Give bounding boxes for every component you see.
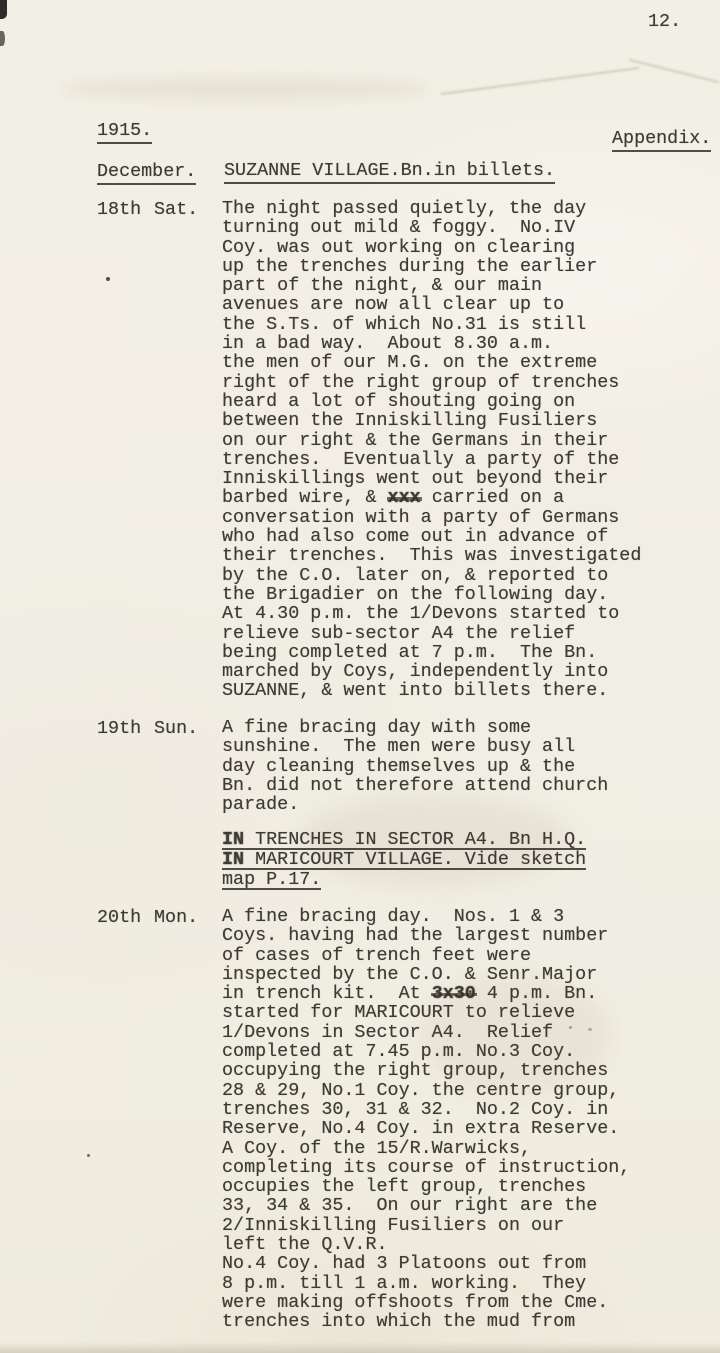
paper-smudge [60,78,430,100]
entry-text: The night passed quietly, the dayturning… [222,199,720,701]
paper-crease [441,67,640,95]
war-diary-page: 12. 1915. Appendix. December. SUZANNE VI… [0,0,720,1353]
entry-day: Mon. [154,907,198,928]
scan-bottom-shadow [0,1342,720,1353]
month-heading: December. [97,161,196,185]
page-number: 12. [648,11,681,32]
entry-day: Sat. [154,199,198,220]
diary-entry-18th: 18th Sat. The night passed quietly, the … [0,199,720,701]
scan-edge-mark [0,31,5,46]
entry-date: 18th [97,199,141,220]
entry-date: 19th [97,718,141,739]
entry-day: Sun. [154,718,198,739]
paper-crease [629,59,719,83]
diary-entry-19th: 19th Sun. A fine bracing day with somesu… [0,718,720,814]
appendix-label: Appendix. [612,128,711,152]
sector-heading: IN TRENCHES IN SECTOR A4. Bn H.Q.IN MARI… [222,831,586,891]
scan-edge-mark [0,0,7,19]
year-heading: 1915. [97,120,152,144]
entry-text: A fine bracing day. Nos. 1 & 3Coys. havi… [222,907,720,1332]
entry-text: A fine bracing day with somesunshine. Th… [222,718,720,814]
diary-entry-20th: 20th Mon. A fine bracing day. Nos. 1 & 3… [0,907,720,1332]
entry-date: 20th [97,907,141,928]
location-heading: SUZANNE VILLAGE.Bn.in billets. [224,160,555,184]
